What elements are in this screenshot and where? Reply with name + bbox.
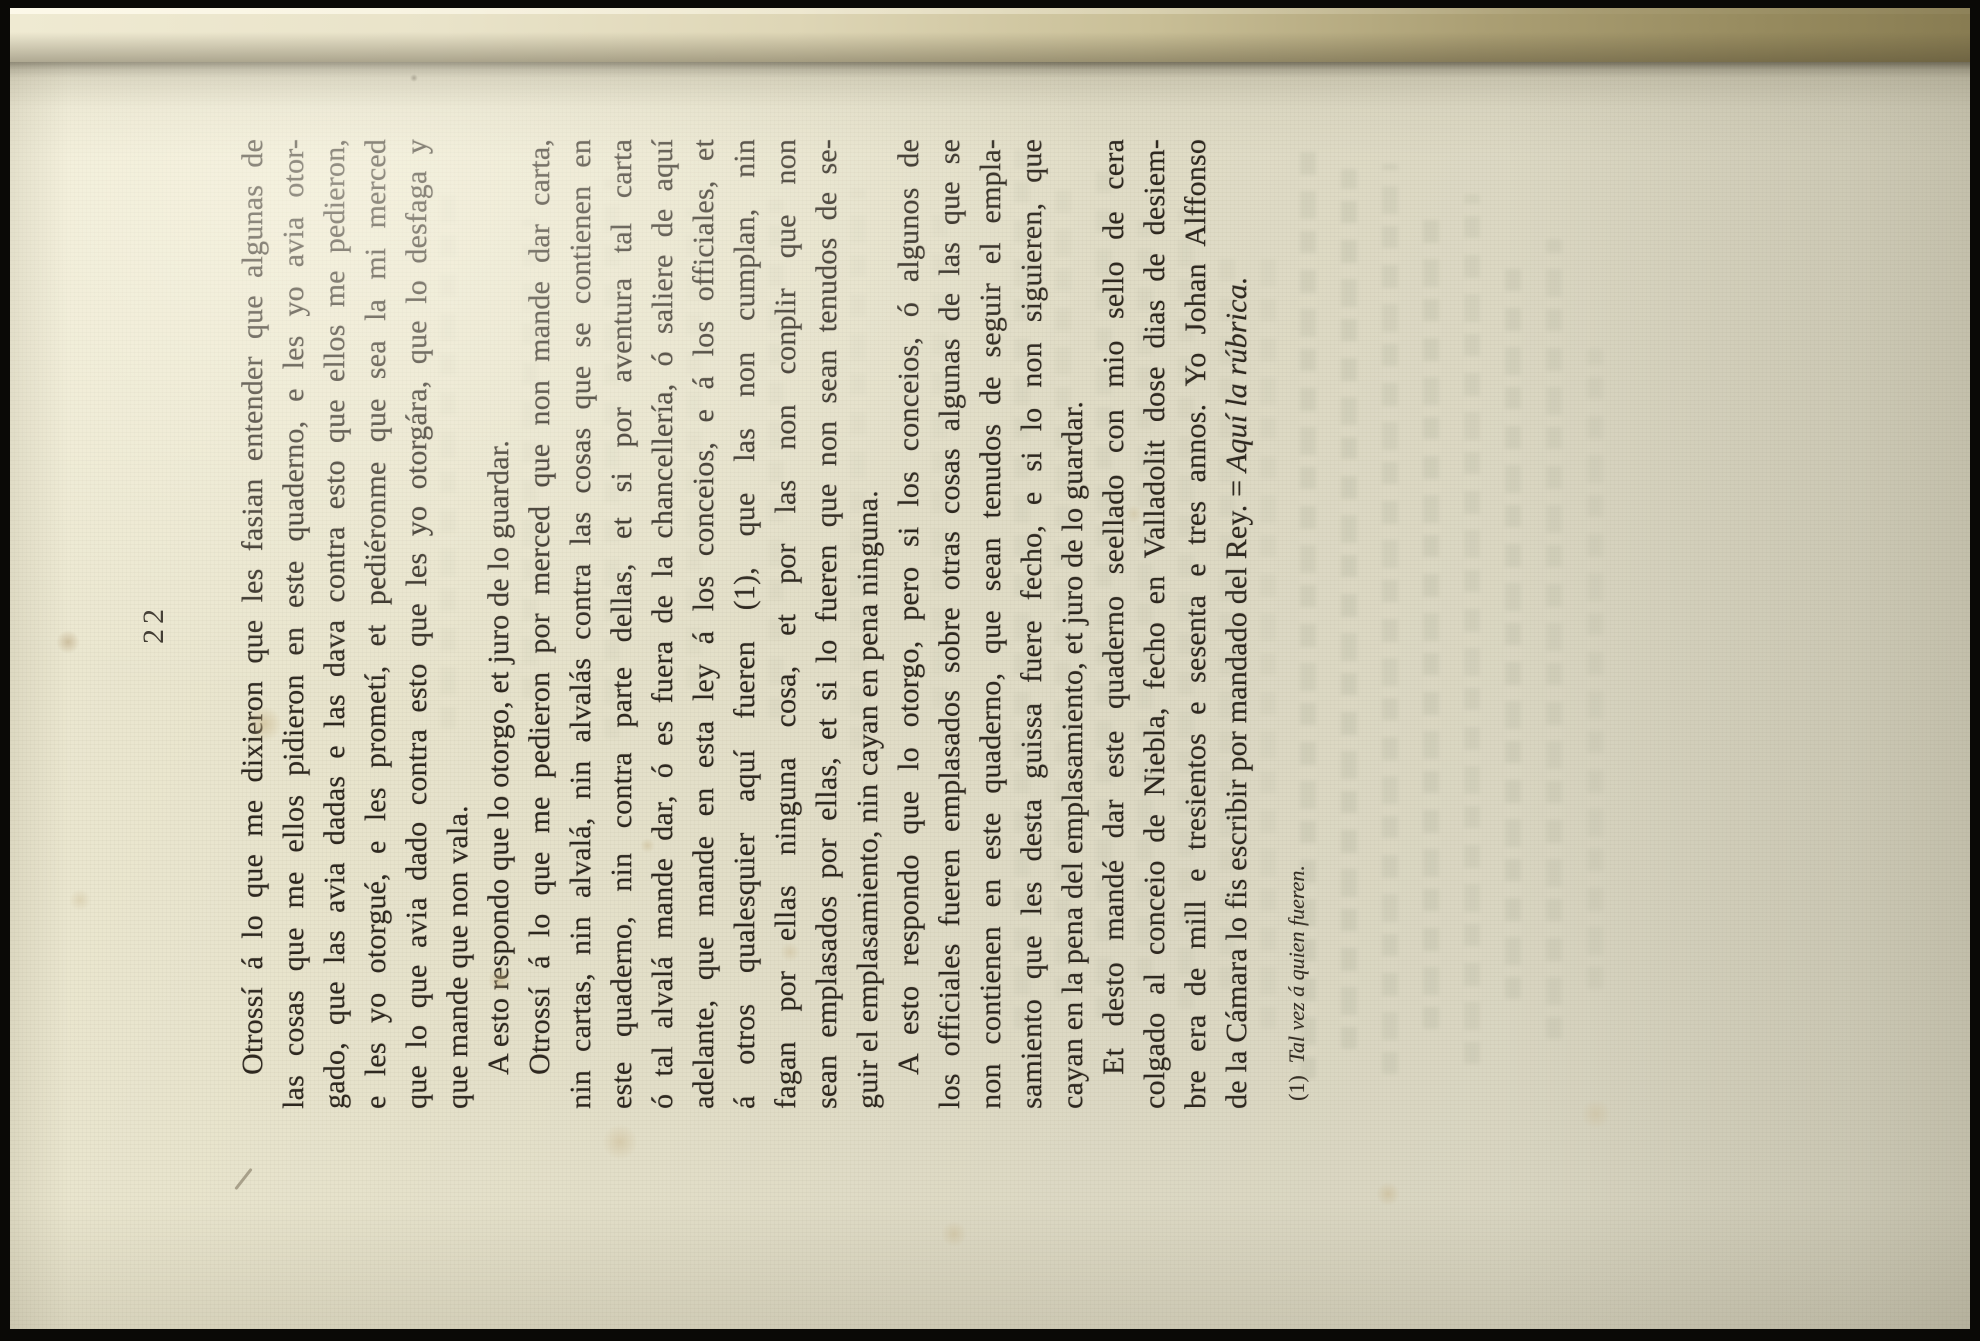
ghost-text-line	[1587, 349, 1603, 989]
text-line: sean emplasados por ellas, et si lo fuer…	[806, 139, 847, 1109]
book-page-edge	[10, 8, 1970, 62]
text-line: los officiales fueren emplasados sobre o…	[929, 139, 970, 1109]
ghost-text-line	[1382, 164, 1398, 1074]
text-line: á otros qualesquier aquí fueren (1), que…	[724, 139, 765, 1109]
paragraph: Et desto mandé dar este quaderno seellad…	[1093, 139, 1257, 1109]
footnote-marker: (1)	[1284, 1075, 1309, 1101]
ghost-text-line	[1423, 209, 1439, 1029]
paragraph: A esto respondo que lo otorgo, et juro d…	[478, 139, 519, 1109]
text-line: este quaderno, nin contra parte dellas, …	[601, 139, 642, 1109]
ghost-text-line	[1260, 249, 1276, 1029]
text-line: Et desto mandé dar este quaderno seellad…	[1093, 139, 1134, 1109]
paragraph: Otrossí á lo que me dixieron que les fas…	[232, 139, 478, 1109]
text-line: ó tal alvalá mande dar, ó es fuera de la…	[642, 139, 683, 1109]
paragraph: Otrossí á lo que me pedieron por merced …	[519, 139, 888, 1109]
text-block: Otrossí á lo que me dixieron que les fas…	[232, 139, 1257, 1109]
page-number: 22	[136, 139, 172, 1109]
ghost-text-line	[1464, 194, 1480, 1064]
text-line: gado, que las avia dadas e las dava cont…	[314, 139, 355, 1109]
text-line: que mande que non vala.	[437, 139, 478, 1109]
text-line: adelante, que mande en esta ley á los co…	[683, 139, 724, 1109]
text-line: de la Cámara lo fis escribir por mandado…	[1216, 139, 1257, 1109]
text-line: nin cartas, nin alvalá, nin alvalás cont…	[560, 139, 601, 1109]
paragraph: A esto respondo que lo otorgo, pero si l…	[888, 139, 1093, 1109]
rotated-page-content: 22 Otrossí á lo que me dixieron que les …	[10, 62, 1970, 1329]
scanned-book-page: 22 Otrossí á lo que me dixieron que les …	[0, 0, 1980, 1341]
page: 22 Otrossí á lo que me dixieron que les …	[10, 62, 1970, 1329]
text-line: las cosas que me ellos pidieron en este …	[273, 139, 314, 1109]
footnote: (1)Tal vez á quien fueren.	[1283, 131, 1311, 1101]
text-line: cayan en la pena del emplasamiento, et j…	[1052, 139, 1093, 1109]
text-line: fagan por ellas ninguna cosa, et por las…	[765, 139, 806, 1109]
text-line: A esto respondo que lo otorgo, et juro d…	[478, 139, 519, 1109]
ghost-text-line	[1341, 169, 1357, 1049]
text-line: bre era de mill e tresientos e sesenta e…	[1175, 139, 1216, 1109]
ghost-text-line	[1546, 239, 1562, 1039]
text-line: guir el emplasamiento, nin cayan en pena…	[847, 139, 888, 1109]
ghost-text-line	[1505, 259, 1521, 999]
footnote-text: Tal vez á quien fueren.	[1284, 865, 1309, 1063]
text-line: samiento que les desta guissa fuere fech…	[1011, 139, 1052, 1109]
text-line: e les yo otorgué, e les prometí, et pedi…	[355, 139, 396, 1109]
text-line: Otrossí á lo que me pedieron por merced …	[519, 139, 560, 1109]
text-line: A esto respondo que lo otorgo, pero si l…	[888, 139, 929, 1109]
text-line: Otrossí á lo que me dixieron que les fas…	[232, 139, 273, 1109]
text-line: colgado al conceio de Niebla, fecho en V…	[1134, 139, 1175, 1109]
text-line: non contienen en este quaderno, que sean…	[970, 139, 1011, 1109]
text-line: que lo que avia dado contra esto que les…	[396, 139, 437, 1109]
